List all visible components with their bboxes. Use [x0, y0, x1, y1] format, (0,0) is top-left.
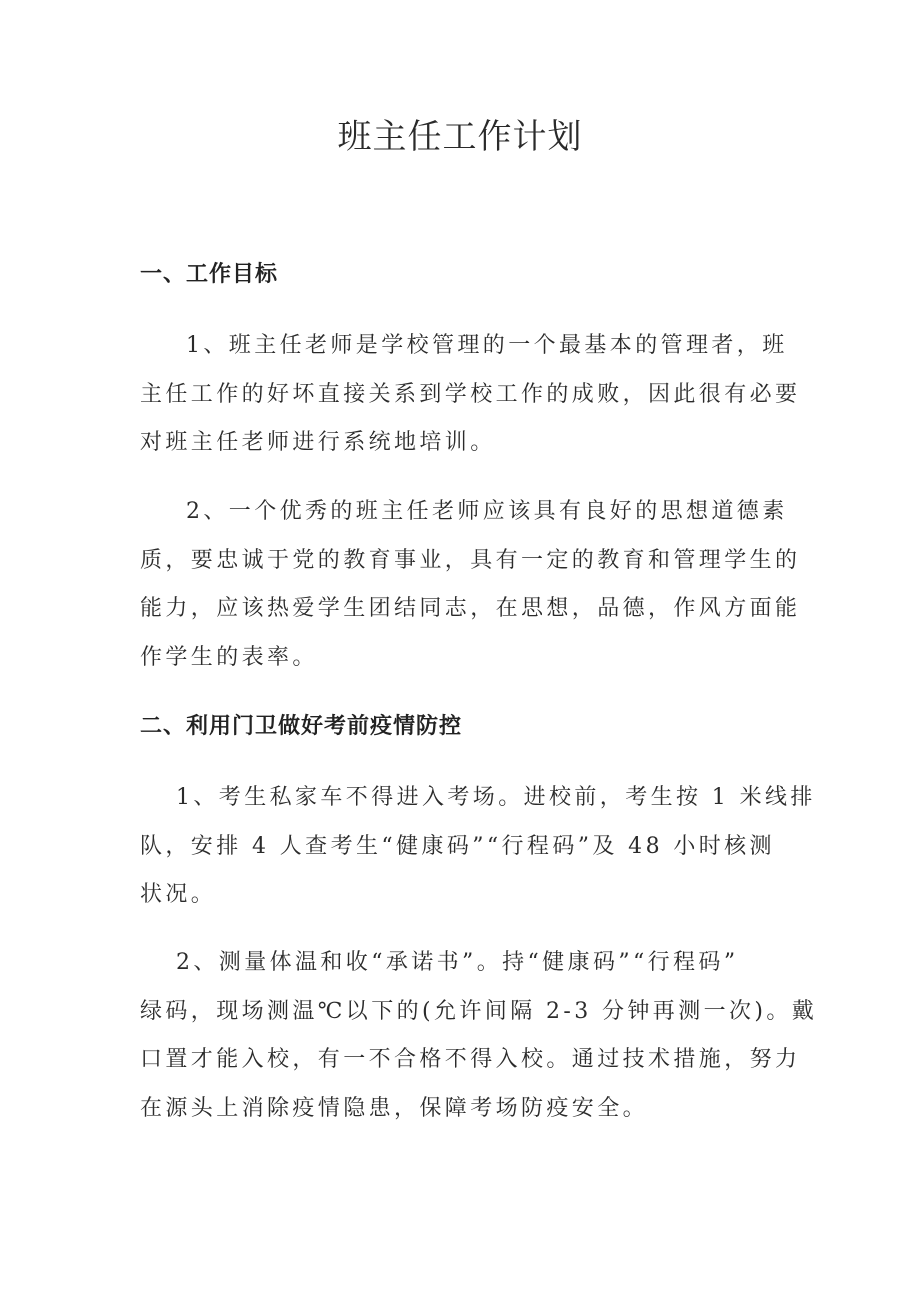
document-page: 班主任工作计划 一、工作目标 1、班主任老师是学校管理的一个最基本的管理者，班 … [0, 0, 920, 1302]
section-2-paragraph-1: 1、考生私家车不得进入考场。进校前，考生按 1 米线排 队，安排 4 人查考生“… [140, 774, 790, 920]
paragraph-line: 口置才能入校，有一不合格不得入校。通过技术措施，努力 [140, 1036, 790, 1085]
paragraph-line: 对班主任老师进行系统地培训。 [140, 419, 790, 468]
paragraph-line: 在源头上消除疫情隐患，保障考场防疫安全。 [140, 1085, 790, 1134]
paragraph-line: 2、一个优秀的班主任老师应该具有良好的思想道德素 [140, 488, 790, 537]
paragraph-line: 状况。 [140, 871, 790, 920]
paragraph-line: 作学生的表率。 [140, 634, 790, 683]
section-2-paragraph-2: 2、测量体温和收“承诺书”。持“健康码”“行程码” 绿码，现场测温℃以下的(允许… [140, 939, 790, 1133]
paragraph-line: 质，要忠诚于党的教育事业，具有一定的教育和管理学生的 [140, 537, 790, 586]
paragraph-line: 主任工作的好坏直接关系到学校工作的成败，因此很有必要 [140, 371, 790, 420]
section-heading-1: 一、工作目标 [140, 259, 278, 289]
document-title: 班主任工作计划 [0, 112, 920, 162]
paragraph-line: 2、测量体温和收“承诺书”。持“健康码”“行程码” [140, 939, 790, 988]
paragraph-line: 绿码，现场测温℃以下的(允许间隔 2-3 分钟再测一次)。戴 [140, 988, 790, 1037]
paragraph-line: 1、班主任老师是学校管理的一个最基本的管理者，班 [140, 322, 790, 371]
section-1-paragraph-1: 1、班主任老师是学校管理的一个最基本的管理者，班 主任工作的好坏直接关系到学校工… [140, 322, 790, 468]
paragraph-line: 能力，应该热爱学生团结同志，在思想，品德，作风方面能 [140, 585, 790, 634]
section-1-paragraph-2: 2、一个优秀的班主任老师应该具有良好的思想道德素 质，要忠诚于党的教育事业，具有… [140, 488, 790, 682]
section-heading-2: 二、利用门卫做好考前疫情防控 [140, 711, 462, 741]
paragraph-line: 1、考生私家车不得进入考场。进校前，考生按 1 米线排 [140, 774, 790, 823]
paragraph-line: 队，安排 4 人查考生“健康码”“行程码”及 48 小时核测 [140, 823, 790, 872]
